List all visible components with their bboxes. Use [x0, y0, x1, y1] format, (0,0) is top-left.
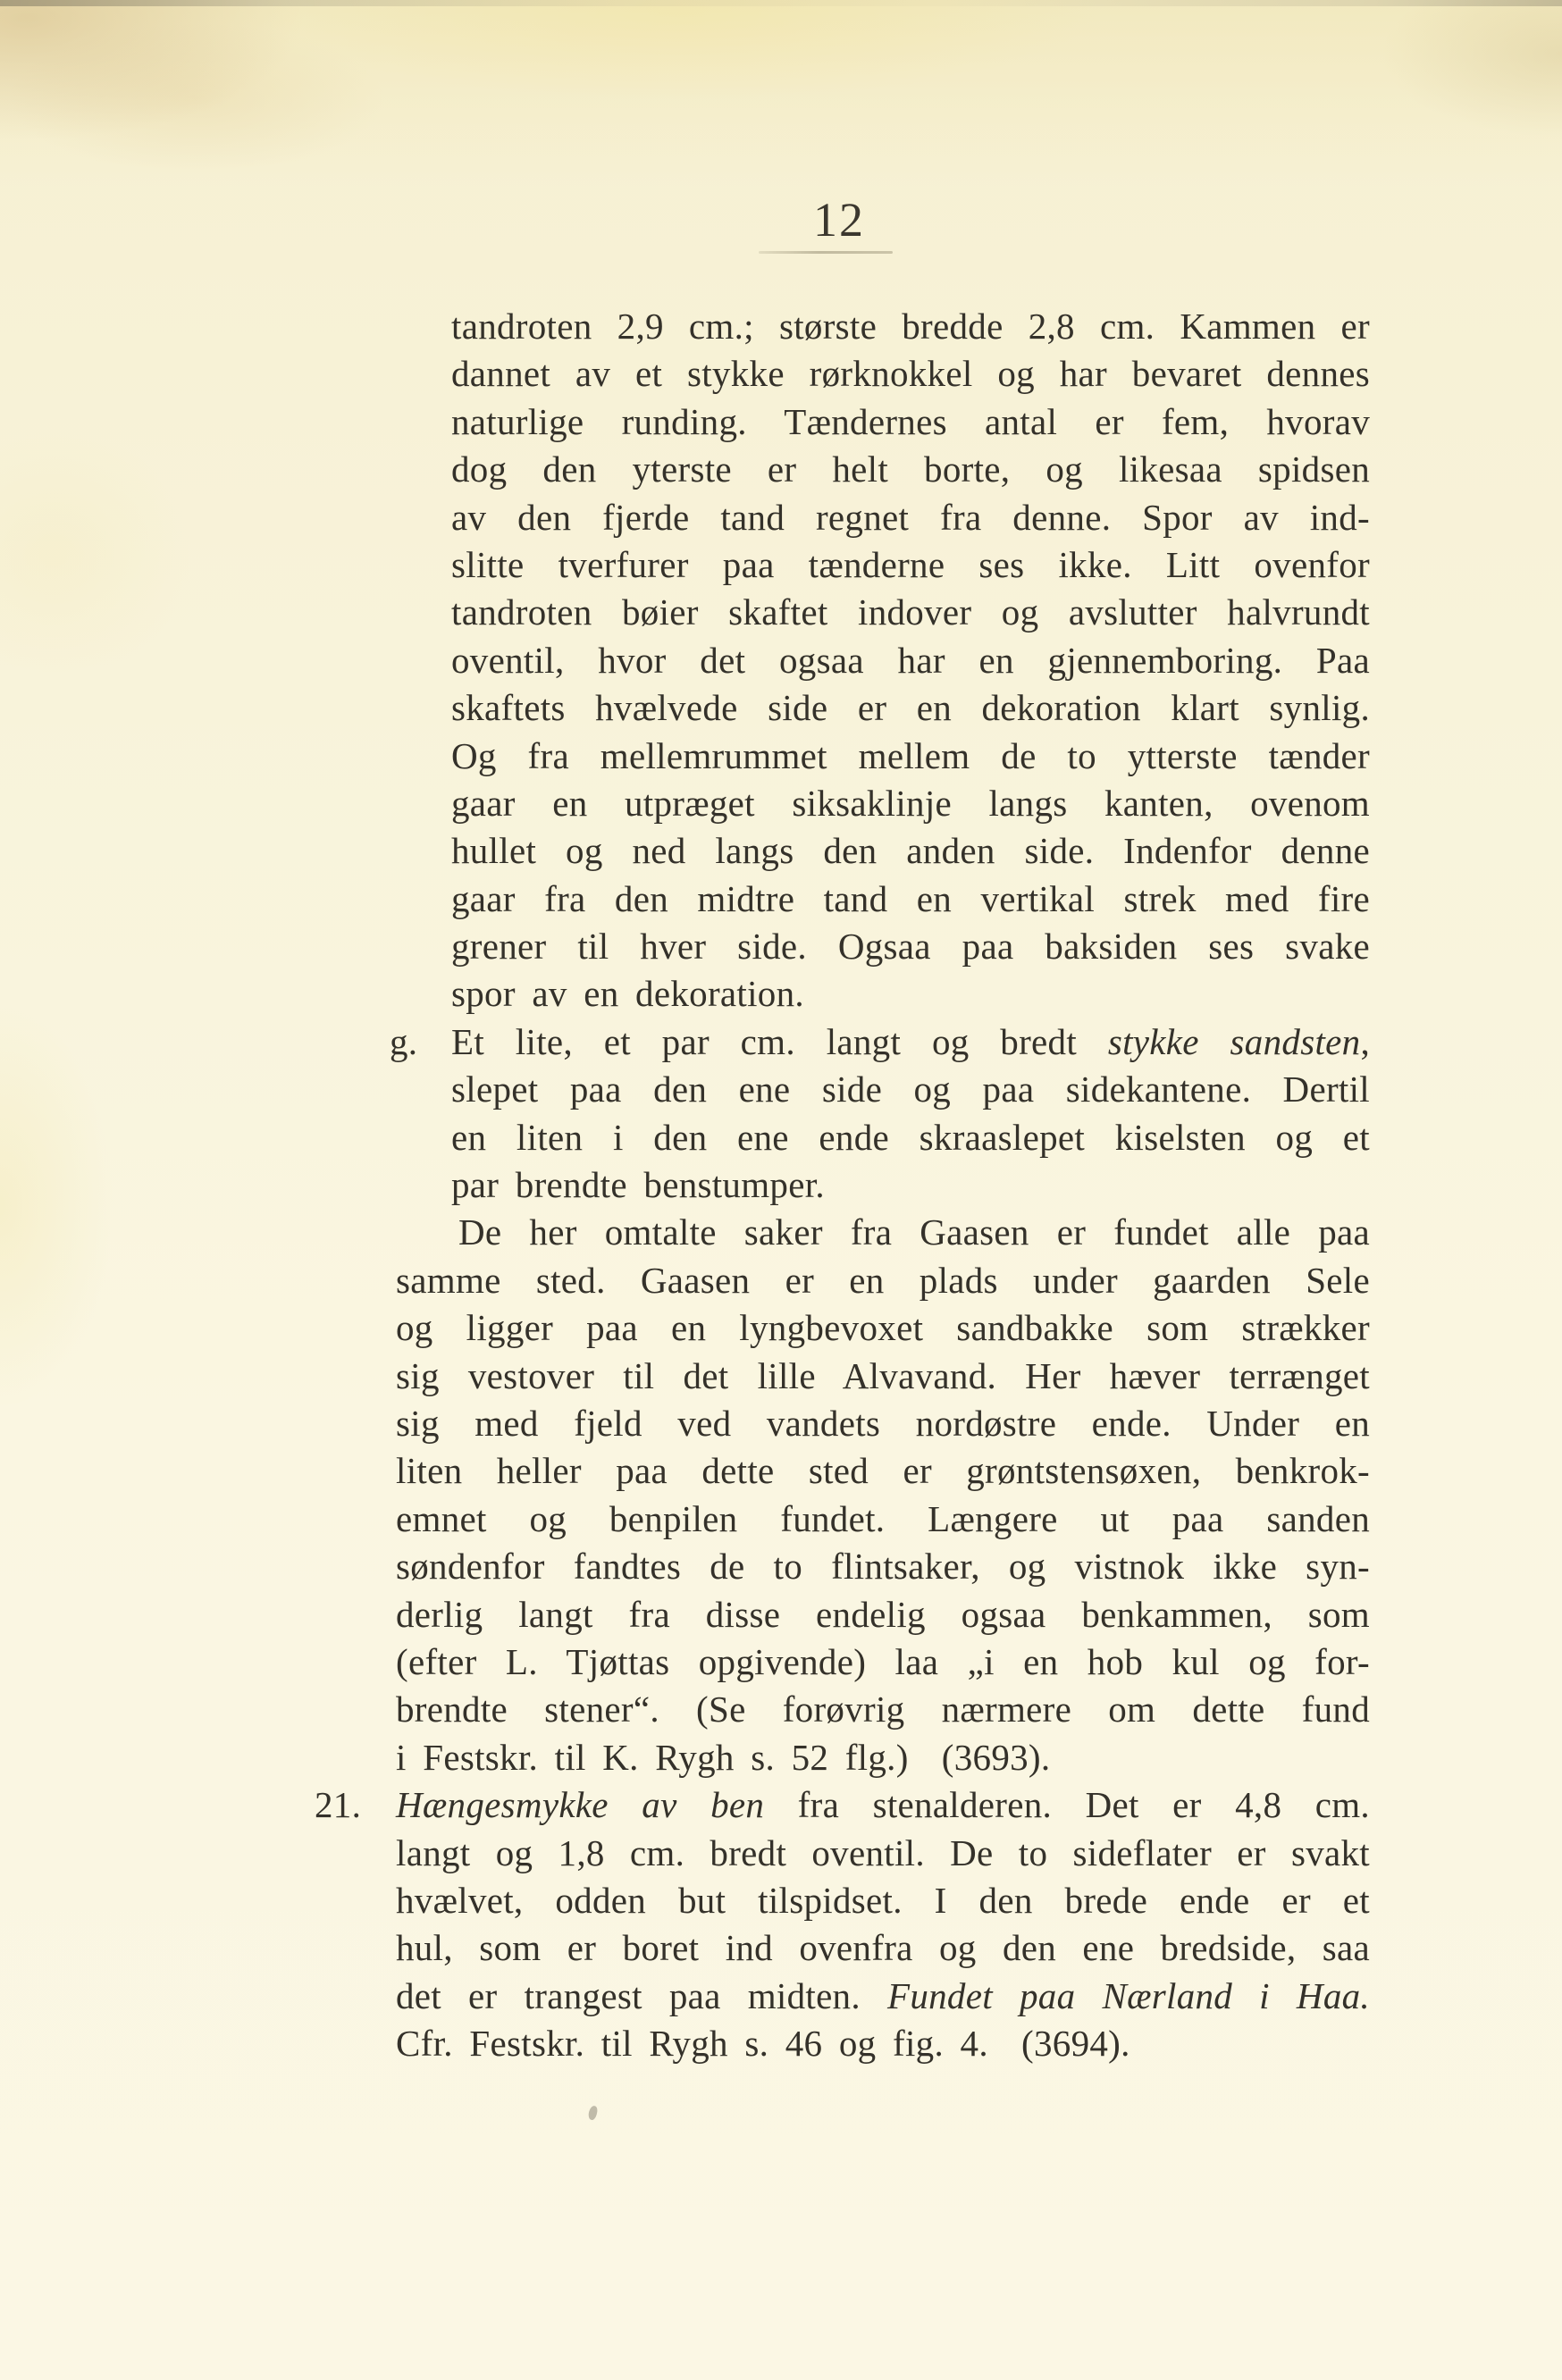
text-line: sig med fjeld ved vandets nordøstre ende…	[396, 1400, 1370, 1447]
text-run: par brendte benstumper.	[451, 1164, 825, 1205]
text-run: Cfr. Festskr. til Rygh s. 46 og fig. 4. …	[396, 2023, 1130, 2064]
text-run: gaar fra den midtre tand en vertikal str…	[451, 878, 1370, 919]
text-run: en liten i den ene ende skraaslepet kise…	[451, 1117, 1370, 1158]
text-line: par brendte benstumper.	[451, 1161, 1370, 1209]
text-line: brendte stener“. (Se forøvrig nærmere om…	[396, 1686, 1370, 1733]
text-run: dannet av et stykke rørknokkel og har be…	[451, 353, 1370, 394]
text-run: dog den yterste er helt borte, og likesa…	[451, 448, 1370, 490]
text-run: liten heller paa dette sted er grøntsten…	[396, 1450, 1370, 1491]
text-line: naturlige runding. Tændernes antal er fe…	[451, 398, 1370, 446]
text-line: dog den yterste er helt borte, og likesa…	[451, 446, 1370, 493]
book-page: 12 tandroten 2,9 cm.; største bredde 2,8…	[0, 0, 1562, 2380]
text-line: tandroten bøier skaftet indover og avslu…	[451, 589, 1370, 636]
text-run: slitte tverfurer paa tænderne ses ikke. …	[451, 544, 1370, 585]
text-line: derlig langt fra disse endelig ogsaa ben…	[396, 1591, 1370, 1638]
text-run: spor av en dekoration.	[451, 973, 804, 1014]
text-line: Cfr. Festskr. til Rygh s. 46 og fig. 4. …	[396, 2020, 1370, 2067]
text-run: grener til hver side. Ogsaa paa baksiden…	[451, 926, 1370, 967]
text-run: tandroten bøier skaftet indover og avslu…	[451, 591, 1370, 633]
text-line: tandroten 2,9 cm.; største bredde 2,8 cm…	[451, 303, 1370, 350]
text-run: sig med fjeld ved vandets nordøstre ende…	[396, 1403, 1370, 1444]
text-line: oventil, hvor det ogsaa har en gjennembo…	[451, 637, 1370, 684]
text-line: spor av en dekoration.	[451, 970, 1370, 1018]
text-run: det er trangest paa midten.	[396, 1975, 887, 2016]
text-line: dannet av et stykke rørknokkel og har be…	[451, 350, 1370, 398]
scan-edge-artifact	[0, 0, 1562, 6]
text-line: samme sted. Gaasen er en plads under gaa…	[396, 1257, 1370, 1304]
text-run: samme sted. Gaasen er en plads under gaa…	[396, 1260, 1370, 1301]
text-run: slepet paa den ene side og paa sidekante…	[451, 1068, 1370, 1110]
text-line: det er trangest paa midten. Fundet paa N…	[396, 1973, 1370, 2020]
text-run: oventil, hvor det ogsaa har en gjennembo…	[451, 640, 1370, 681]
text-line: og ligger paa en lyngbevoxet sandbakke s…	[396, 1304, 1370, 1352]
text-run: derlig langt fra disse endelig ogsaa ben…	[396, 1594, 1370, 1635]
text-line: liten heller paa dette sted er grøntsten…	[396, 1447, 1370, 1495]
text-line: av den fjerde tand regnet fra denne. Spo…	[451, 494, 1370, 541]
text-line: g.Et lite, et par cm. langt og bredt sty…	[451, 1018, 1370, 1066]
text-run-italic: Fundet paa Nærland i Haa.	[887, 1975, 1370, 2016]
text-run-italic: stykke sandsten	[1108, 1021, 1361, 1062]
text-line: i Festskr. til K. Rygh s. 52 flg.) (3693…	[396, 1734, 1370, 1781]
text-run: emnet og benpilen fundet. Længere ut paa…	[396, 1498, 1370, 1539]
text-line: 21.Hængesmykke av ben fra stenalderen. D…	[396, 1781, 1370, 1829]
text-run: Et lite, et par cm. langt og bredt	[451, 1021, 1108, 1062]
text-run: naturlige runding. Tændernes antal er fe…	[451, 401, 1370, 442]
text-line: (efter L. Tjøttas opgivende) laa „i en h…	[396, 1638, 1370, 1686]
text-line: hullet og ned langs den anden side. Inde…	[451, 827, 1370, 875]
text-line: skaftets hvælvede side er en dekoration …	[451, 684, 1370, 732]
text-line: emnet og benpilen fundet. Længere ut paa…	[396, 1496, 1370, 1543]
text-line: Og fra mellemrummet mellem de to ytterst…	[451, 733, 1370, 780]
text-run: langt og 1,8 cm. bredt oventil. De to si…	[396, 1832, 1370, 1873]
text-line: gaar fra den midtre tand en vertikal str…	[451, 876, 1370, 923]
text-run: søndenfor fandtes de to flintsaker, og v…	[396, 1546, 1370, 1587]
scan-speck	[587, 2105, 599, 2121]
text-run: i Festskr. til K. Rygh s. 52 flg.) (3693…	[396, 1737, 1050, 1778]
text-line: De her omtalte saker fra Gaasen er funde…	[396, 1209, 1370, 1256]
text-line: sig vestover til det lille Alvavand. Her…	[396, 1353, 1370, 1400]
item-label: 21.	[315, 1781, 361, 1829]
text-run: brendte stener“. (Se forøvrig nærmere om…	[396, 1689, 1370, 1730]
page-number-rule	[759, 251, 893, 254]
text-line: søndenfor fandtes de to flintsaker, og v…	[396, 1543, 1370, 1590]
text-block: tandroten 2,9 cm.; største bredde 2,8 cm…	[0, 303, 1562, 2067]
text-line: slepet paa den ene side og paa sidekante…	[451, 1066, 1370, 1113]
text-line: hul, som er boret ind ovenfra og den ene…	[396, 1924, 1370, 1972]
text-run: ,	[1360, 1021, 1370, 1062]
text-run: Og fra mellemrummet mellem de to ytterst…	[451, 735, 1370, 776]
text-run: fra stenalderen. Det er 4,8 cm.	[764, 1784, 1370, 1825]
text-run: (efter L. Tjøttas opgivende) laa „i en h…	[396, 1641, 1370, 1682]
text-line: langt og 1,8 cm. bredt oventil. De to si…	[396, 1830, 1370, 1877]
text-run: hullet og ned langs den anden side. Inde…	[451, 830, 1370, 871]
text-run: og ligger paa en lyngbevoxet sandbakke s…	[396, 1307, 1370, 1348]
text-run: gaar en utpræget siksaklinje langs kante…	[451, 783, 1370, 824]
text-line: hvælvet, odden but tilspidset. I den bre…	[396, 1877, 1370, 1924]
text-line: slitte tverfurer paa tænderne ses ikke. …	[451, 541, 1370, 589]
text-run: av den fjerde tand regnet fra denne. Spo…	[451, 497, 1370, 538]
text-run: skaftets hvælvede side er en dekoration …	[451, 687, 1370, 728]
text-run: sig vestover til det lille Alvavand. Her…	[396, 1355, 1370, 1396]
page-number: 12	[813, 196, 865, 244]
text-line: grener til hver side. Ogsaa paa baksiden…	[451, 923, 1370, 970]
text-run: De her omtalte saker fra Gaasen er funde…	[458, 1211, 1370, 1253]
text-run-italic: Hængesmykke av ben	[396, 1784, 764, 1825]
text-line: en liten i den ene ende skraaslepet kise…	[451, 1114, 1370, 1161]
text-run: hul, som er boret ind ovenfra og den ene…	[396, 1927, 1370, 1968]
text-line: gaar en utpræget siksaklinje langs kante…	[451, 780, 1370, 827]
item-label: g.	[390, 1018, 417, 1066]
text-run: tandroten 2,9 cm.; største bredde 2,8 cm…	[451, 306, 1370, 347]
text-run: hvælvet, odden but tilspidset. I den bre…	[396, 1880, 1370, 1921]
